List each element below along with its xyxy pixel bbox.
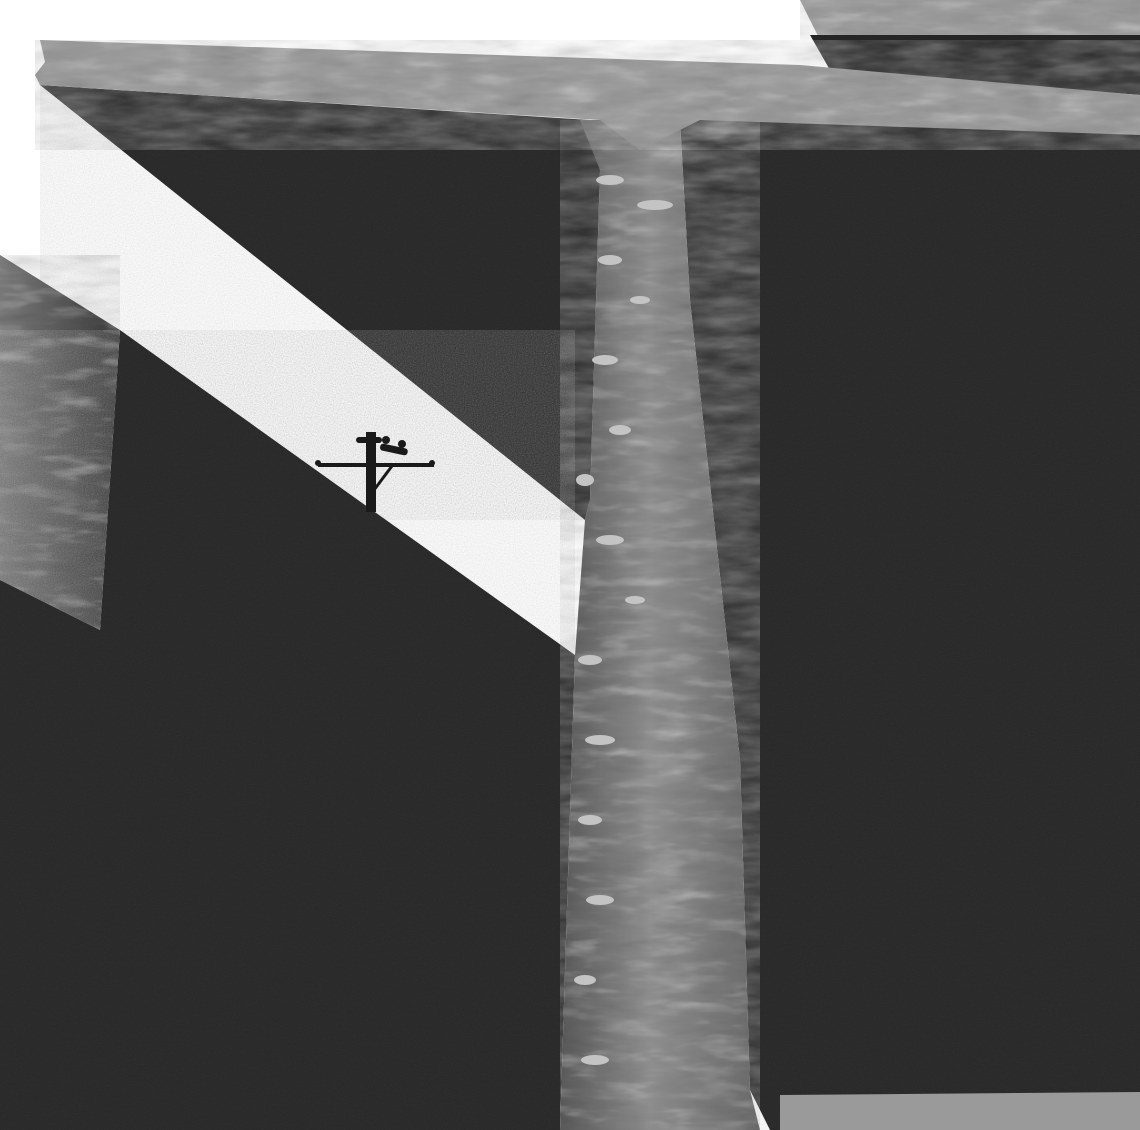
upper-right-beam-flange <box>800 0 1140 40</box>
steel-beams-photo <box>0 0 1140 1130</box>
lower-right-flange <box>780 1092 1140 1130</box>
right-dark-plate <box>680 120 1140 1130</box>
